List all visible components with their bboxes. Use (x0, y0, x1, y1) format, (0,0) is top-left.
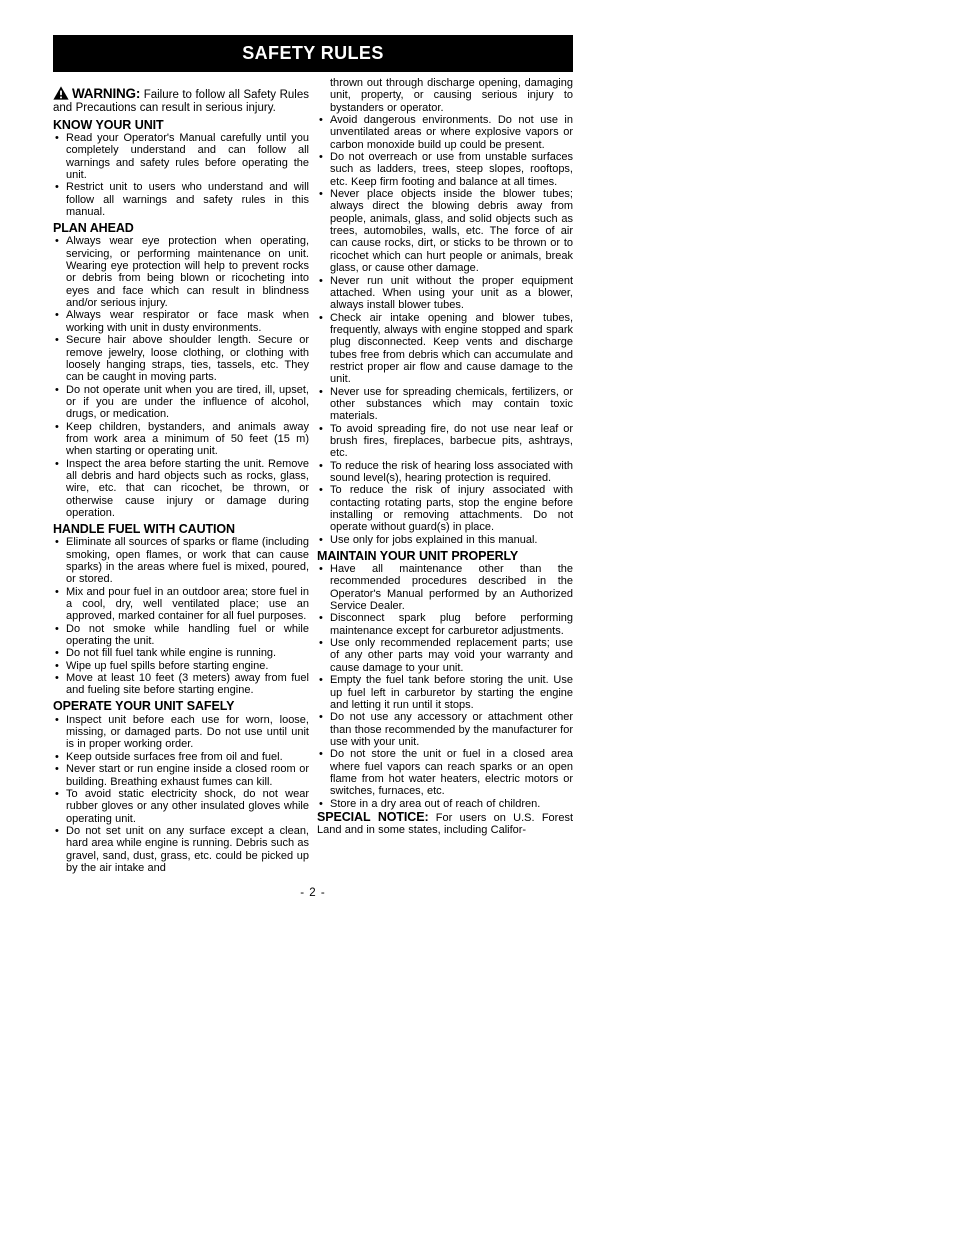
bullet-item: Do not fill fuel tank while engine is ru… (53, 647, 309, 659)
bullet-item: Never start or run engine inside a close… (53, 763, 309, 788)
special-notice-label: SPECIAL NOTICE: (317, 810, 429, 824)
bullet-item: To reduce the risk of injury associated … (317, 484, 573, 533)
bullet-item: Do not smoke while handling fuel or whil… (53, 623, 309, 648)
bullet-item: Do not operate unit when you are tired, … (53, 384, 309, 421)
bullet-item: To avoid static electricity shock, do no… (53, 788, 309, 825)
bullet-item: Store in a dry area out of reach of chil… (317, 798, 573, 810)
bullet-item: To avoid spreading fire, do not use near… (317, 423, 573, 460)
bullet-item: Inspect unit before each use for worn, l… (53, 714, 309, 751)
section-heading-know-your-unit: KNOW YOUR UNIT (53, 119, 309, 133)
bullet-item: Secure hair above shoulder length. Secur… (53, 334, 309, 383)
bullet-item: To reduce the risk of hearing loss assoc… (317, 460, 573, 485)
bullet-item: Inspect the area before starting the uni… (53, 458, 309, 520)
manual-page: SAFETY RULES WARNING: Failure to follow … (0, 0, 954, 1235)
continuation-paragraph: thrown out through discharge opening, da… (317, 77, 573, 114)
bullet-item: Wipe up fuel spills before starting engi… (53, 660, 309, 672)
bullet-item: Always wear respirator or face mask when… (53, 309, 309, 334)
bullet-item: Read your Operator's Manual carefully un… (53, 132, 309, 181)
bullet-item: Empty the fuel tank before storing the u… (317, 674, 573, 711)
bullet-item: Have all maintenance other than the reco… (317, 563, 573, 612)
page-content: SAFETY RULES WARNING: Failure to follow … (53, 35, 573, 899)
bullet-item: Avoid dangerous environments. Do not use… (317, 114, 573, 151)
bullet-item: Never run unit without the proper equipm… (317, 275, 573, 312)
bullet-item: Do not store the unit or fuel in a close… (317, 748, 573, 797)
bullet-item: Do not set unit on any surface except a … (53, 825, 309, 874)
bullet-item: Use only for jobs explained in this manu… (317, 534, 573, 546)
bullet-item: Eliminate all sources of sparks or flame… (53, 536, 309, 585)
bullet-item: Move at least 10 feet (3 meters) away fr… (53, 672, 309, 697)
special-notice: SPECIAL NOTICE: For users on U.S. Forest… (317, 811, 573, 837)
warning-label: WARNING: (72, 86, 140, 101)
page-number: - 2 - (53, 887, 573, 899)
bullet-item: Check air intake opening and blower tube… (317, 312, 573, 386)
bullet-item: Use only recommended replacement parts; … (317, 637, 573, 674)
bullet-item: Keep outside surfaces free from oil and … (53, 751, 309, 763)
bullet-item: Disconnect spark plug before performing … (317, 612, 573, 637)
bullet-item: Restrict unit to users who understand an… (53, 181, 309, 218)
bullet-item: Keep children, bystanders, and animals a… (53, 421, 309, 458)
section-heading-handle-fuel: HANDLE FUEL WITH CAUTION (53, 523, 309, 537)
section-heading-operate-safely: OPERATE YOUR UNIT SAFELY (53, 700, 309, 714)
page-title-bar: SAFETY RULES (53, 35, 573, 72)
warning-triangle-icon (53, 89, 72, 101)
bullet-item: Do not overreach or use from unstable su… (317, 151, 573, 188)
section-heading-plan-ahead: PLAN AHEAD (53, 222, 309, 236)
bullet-item: Do not use any accessory or attachment o… (317, 711, 573, 748)
section-heading-maintain-properly: MAINTAIN YOUR UNIT PROPERLY (317, 550, 573, 564)
bullet-item: Never use for spreading chemicals, ferti… (317, 386, 573, 423)
bullet-item: Mix and pour fuel in an outdoor area; st… (53, 586, 309, 623)
two-column-layout: WARNING: Failure to follow all Safety Ru… (53, 77, 573, 874)
left-column: WARNING: Failure to follow all Safety Ru… (53, 77, 309, 874)
warning-block: WARNING: Failure to follow all Safety Ru… (53, 86, 309, 115)
page-title: SAFETY RULES (242, 43, 384, 64)
bullet-item: Always wear eye protection when operatin… (53, 235, 309, 309)
right-column: thrown out through discharge opening, da… (317, 77, 573, 874)
bullet-item: Never place objects inside the blower tu… (317, 188, 573, 274)
